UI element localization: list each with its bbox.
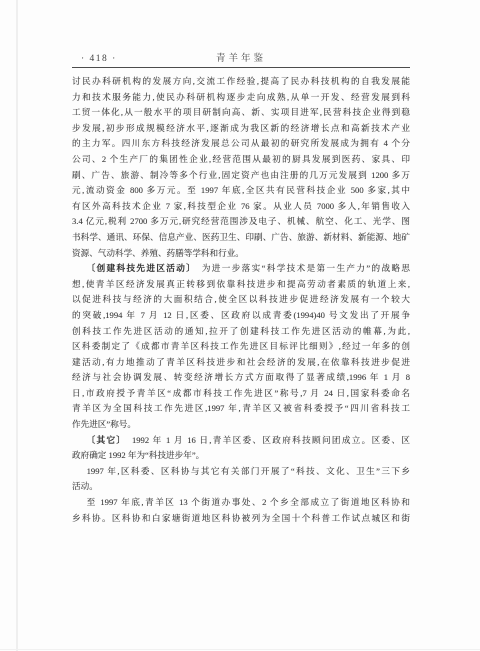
section-heading: 〔其它〕 bbox=[87, 435, 122, 445]
page-header: · 418 · 青羊年鉴 bbox=[72, 52, 410, 66]
book-title: 青羊年鉴 bbox=[72, 52, 410, 66]
header-rule bbox=[72, 67, 410, 68]
text-line: 〔其它〕 1992 年 1 月 16 日,青羊区委、区政府科技顾问团成立。区委、… bbox=[72, 433, 410, 449]
text-line: 乡科协。区科协和白家塘街道地区科协被列为全国十个科普工作试点城区和街 bbox=[72, 511, 410, 527]
text-line: 想,使青羊区经济发展真正转移到依靠科技进步和提高劳动者素质的轨道上来, bbox=[72, 277, 410, 293]
text-line: 日,市政府授予青羊区“成都市科技工作先进区”称号,7 月 24 日,国家科委命名 bbox=[72, 386, 410, 402]
text-line: 资源、气动科学、养殖、药膳等学科和行业。 bbox=[72, 246, 410, 262]
text-line: 书科学、通讯、环保、信息产业、医药卫生、印刷、广告、旅游、新材料、新能源、地矿 bbox=[72, 230, 410, 246]
page-bottom-edge bbox=[0, 649, 480, 650]
text-line: 以促进科技与经济的大面积结合,使全区以科技进步促进经济发展有一个较大 bbox=[72, 292, 410, 308]
body-text: 讨民办科研机构的发展方向,交流工作经验,提高了民办科技机构的自我发展能力和技术服… bbox=[72, 74, 410, 526]
text-line: 力和技术服务能力,使民办科研机构逐步走向成熟,从单一开发、经营发展到科 bbox=[72, 90, 410, 106]
section-heading: 〔创建科技先进区活动〕 bbox=[87, 263, 192, 273]
text-line: 步发展,初步形成规模经济水平,逐渐成为我区新的经济增长点和高新技术产业 bbox=[72, 121, 410, 137]
text-line: 政府确定 1992 年为“科技进步年”。 bbox=[72, 448, 410, 464]
text-line: 区科委制定了《成都市青羊区科技工作先进区目标评比细则》,经过一年多的创 bbox=[72, 339, 410, 355]
text-line: 的主力军。四川东方科技经济发展总公司从最初的研究所发展成为拥有 4 个分 bbox=[72, 136, 410, 152]
text-line: 的突破,1994 年 7 月 12 日,区委、区政府以成青委(1994)40 号… bbox=[72, 308, 410, 324]
text-line: 3.4 亿元,税利 2700 多万元,研究经营范围涉及电子、机械、航空、化工、光… bbox=[72, 214, 410, 230]
text-line: 〔创建科技先进区活动〕 为进一步落实“科学技术是第一生产力”的战略思 bbox=[72, 261, 410, 277]
text-line: 工贸一体化,从一般水平的项目研制向高、新、实项目进军,民营科技企业得到稳 bbox=[72, 105, 410, 121]
text-line: 建活动,有力地推动了青羊区科技进步和社会经济的发展,在依靠科技进步促进 bbox=[72, 355, 410, 371]
text-line: 青羊区为全国科技工作先进区,1997 年,青羊区又被省科委授予“四川省科技工 bbox=[72, 401, 410, 417]
text-line: 作先进区”称号。 bbox=[72, 417, 410, 433]
text-line: 经济与社会协调发展、转变经济增长方式方面取得了显著成绩,1996 年 1 月 8 bbox=[72, 370, 410, 386]
text-line: 有区外高科技术企业 7 家,科技型企业 76 家。从业人员 7000 多人,年销… bbox=[72, 199, 410, 215]
text-line: 刷、广告、旅游、制冷等多个行业,固定资产也由注册的几万元发展到 1200 多万 bbox=[72, 168, 410, 184]
text-line: 活动。 bbox=[72, 479, 410, 495]
text-line: 讨民办科研机构的发展方向,交流工作经验,提高了民办科技机构的自我发展能 bbox=[72, 74, 410, 90]
text-line: 至 1997 年底,青羊区 13 个街道办事处、2 个乡全部成立了街道地区科协和 bbox=[72, 495, 410, 511]
text-line: 1997 年,区科委、区科协与其它有关部门开展了“科技、文化、卫生”三下乡 bbox=[72, 464, 410, 480]
page-edge-shadow bbox=[16, 0, 18, 651]
text-line: 创科技工作先进区活动的通知,拉开了创建科技工作先进区活动的帷幕,为此, bbox=[72, 324, 410, 340]
text-line: 元,流动资金 800 多万元。至 1997 年底,全区共有民营科技企业 500 … bbox=[72, 183, 410, 199]
text-line: 公司、2 个生产厂的集团性企业,经营范围从最初的厨具发展到医药、家具、印 bbox=[72, 152, 410, 168]
